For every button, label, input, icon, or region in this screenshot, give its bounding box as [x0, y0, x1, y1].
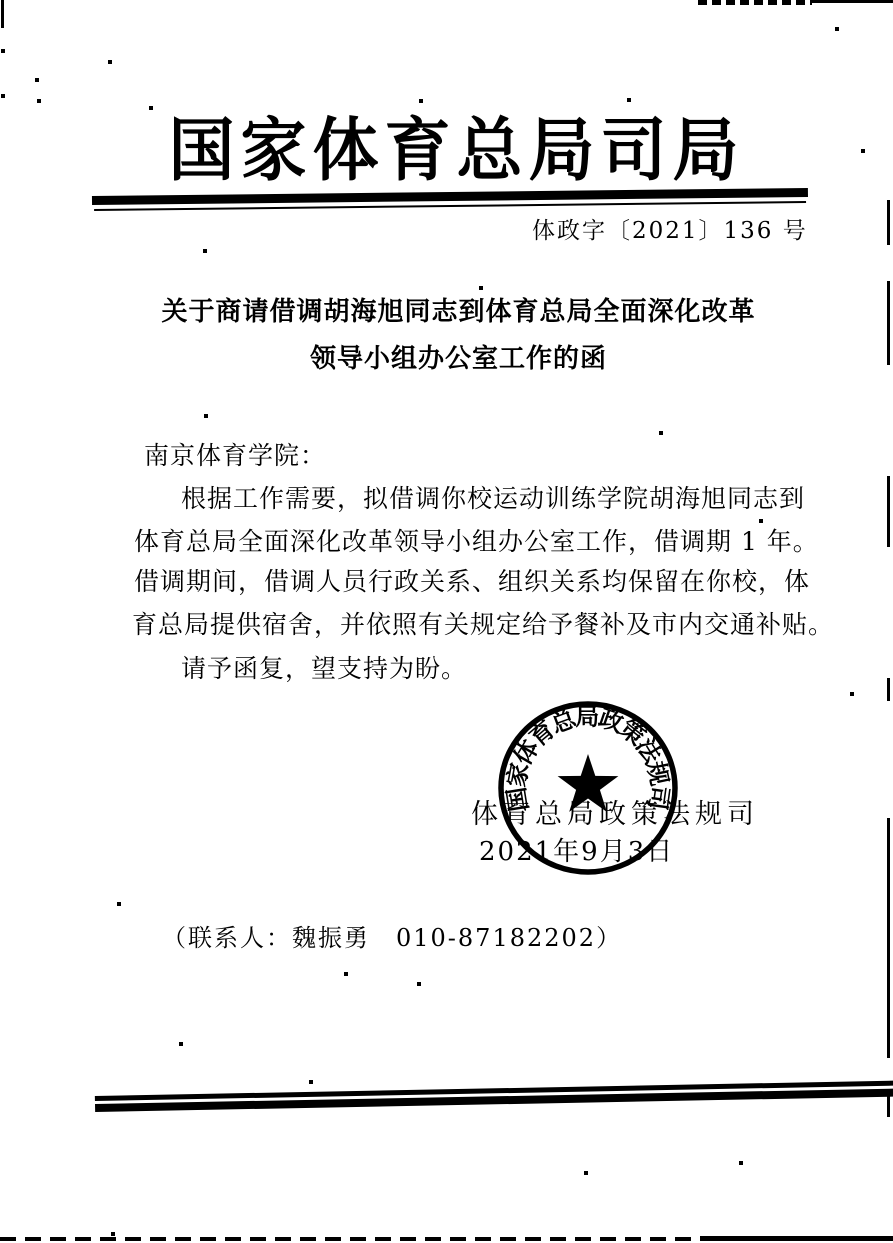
scan-artifact-right-edge [887, 200, 890, 245]
salutation: 南京体育学院： [144, 440, 326, 472]
scan-artifact-right-edge [887, 818, 890, 1058]
masthead-title: 国家体育总局司局 [10, 108, 893, 191]
signature-date: 2021年9月3日 [479, 831, 674, 868]
body-paragraph-2: 请予函复，望支持为盼。 [181, 653, 467, 685]
document-number: 体政字〔2021〕136 号 [532, 212, 808, 245]
footer-rule [95, 1081, 893, 1112]
body-paragraph-1-line-3: 借调期间，借调人员行政关系、组织关系均保留在你校，体 [134, 566, 810, 598]
scan-artifact-top-line [810, 0, 893, 3]
scan-artifact-bottom-dashes [0, 1237, 705, 1241]
scan-artifact-right-edge [887, 476, 890, 547]
scan-artifact-bottom-line [700, 1236, 893, 1241]
body-paragraph-1-line-4: 育总局提供宿舍，并依照有关规定给予餐补及市内交通补贴。 [132, 609, 834, 641]
contact-line: （联系人：魏振勇 010-87182202） [162, 918, 622, 953]
document-title-line-1: 关于商请借调胡海旭同志到体育总局全面深化改革 [12, 296, 893, 328]
body-paragraph-1-line-2: 体育总局全面深化改革领导小组办公室工作，借调期 1 年。 [134, 526, 819, 558]
scan-artifact-right-edge [887, 678, 890, 701]
scan-noise-specks [0, 0, 2, 2]
signature-department: 体育总局政策法规司 [471, 792, 759, 831]
document-title-line-2: 领导小组办公室工作的函 [12, 343, 893, 375]
scan-artifact-top-dashes [698, 0, 812, 5]
scan-artifact-corner-tick [1, 0, 4, 28]
scan-artifact-right-edge [887, 1096, 890, 1117]
scanned-document-page: 国家体育总局司局 体政字〔2021〕136 号 关于商请借调胡海旭同志到体育总局… [0, 0, 893, 1243]
scan-artifact-right-edge [887, 281, 890, 365]
body-paragraph-1-line-1: 根据工作需要，拟借调你校运动训练学院胡海旭同志到 [181, 483, 805, 515]
